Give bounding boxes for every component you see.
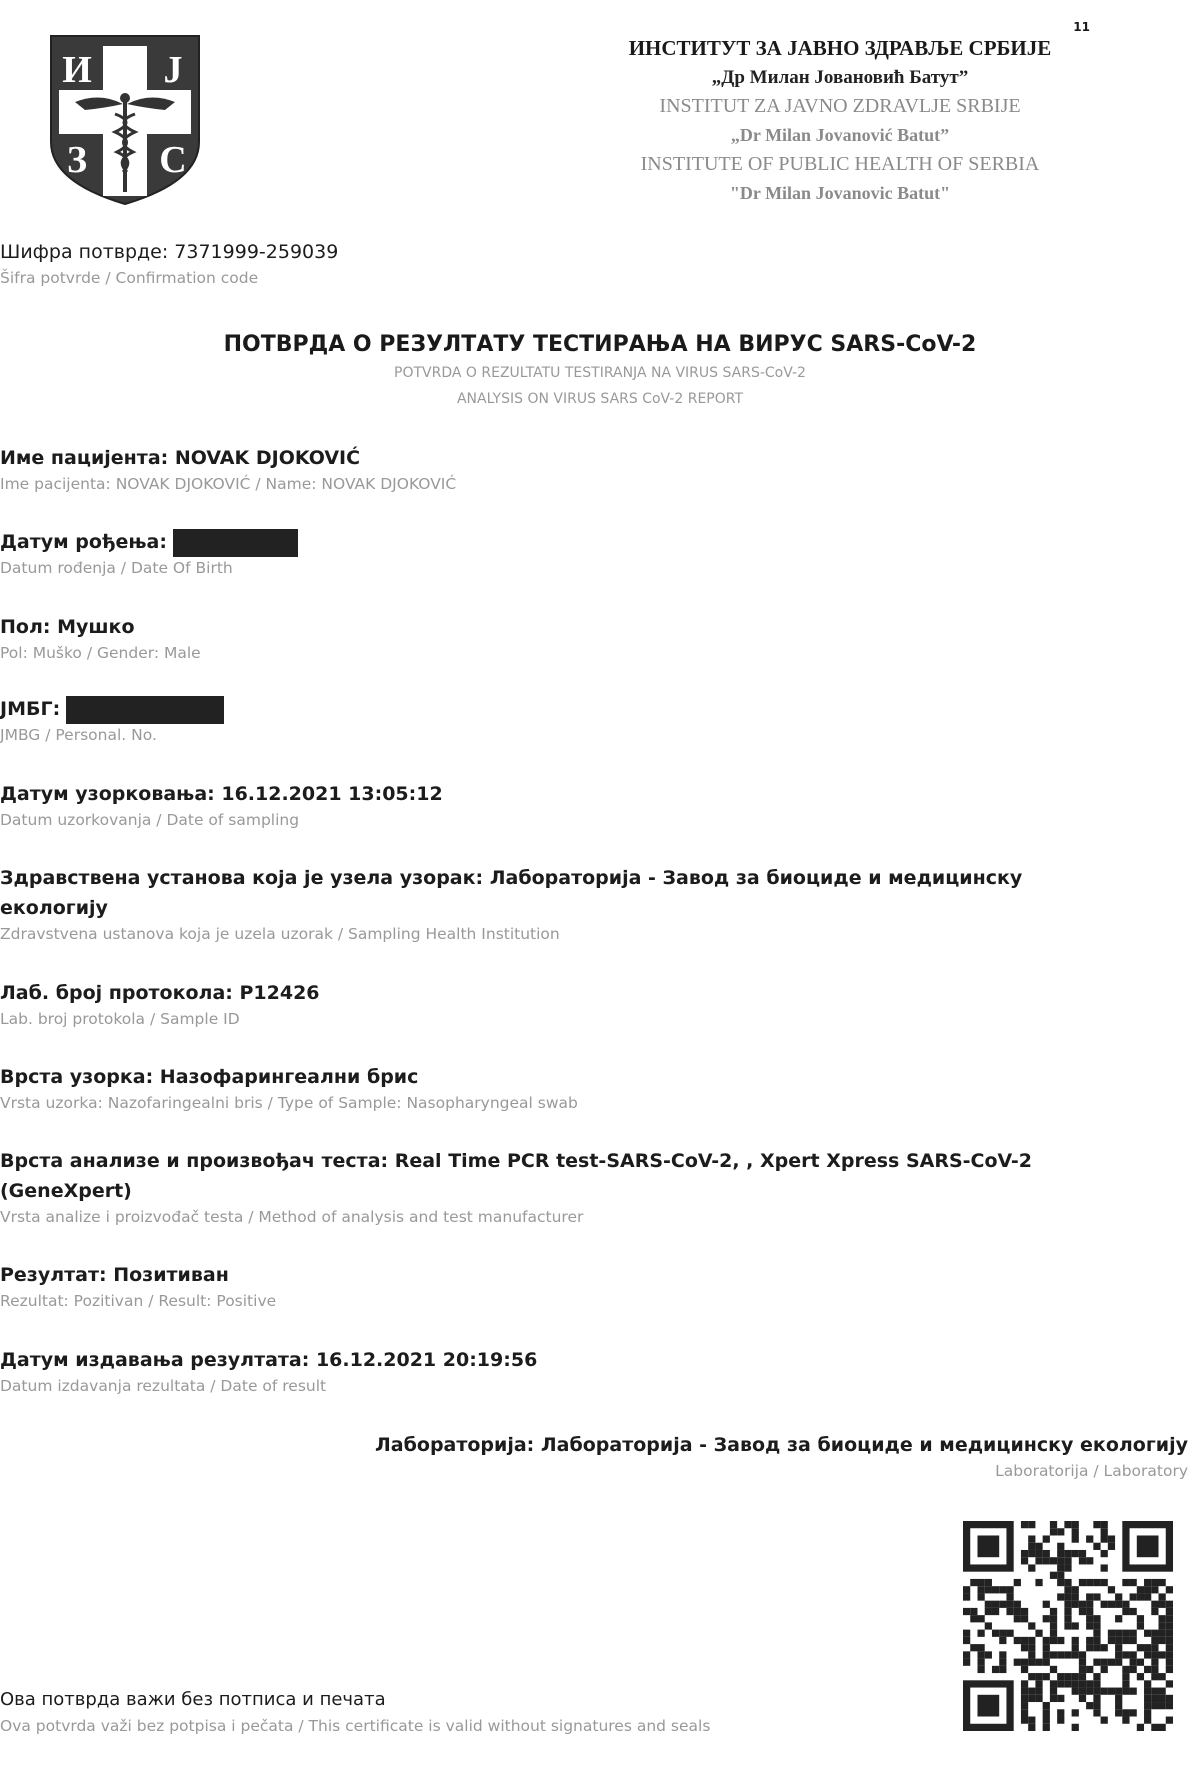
institute-subname-english: "Dr Milan Jovanovic Batut" xyxy=(560,179,1120,208)
gender-field: Пол: Мушко Pol: Muško / Gender: Male xyxy=(0,612,201,664)
confirmation-code: Шифра потврде: 7371999-259039 Šifra potv… xyxy=(0,237,338,289)
svg-text:З: З xyxy=(67,139,87,181)
institute-name-latin: INSTITUT ZA JAVNO ZDRAVLJE SRBIJE xyxy=(560,92,1120,121)
institute-logo: И Ј З С xyxy=(45,32,205,207)
redaction-box xyxy=(173,529,298,557)
title-cyrillic: ПОТВРДА О РЕЗУЛТАТУ ТЕСТИРАЊА НА ВИРУС S… xyxy=(0,330,1200,360)
institute-name-english: INSTITUTE OF PUBLIC HEALTH OF SERBIA xyxy=(560,150,1120,179)
sample-id-field: Лаб. број протокола: P12426 Lab. broj pr… xyxy=(0,978,320,1030)
sampling-institution-field: Здравствена установа која је узела узора… xyxy=(0,863,1022,945)
svg-text:С: С xyxy=(159,139,186,181)
document-title: ПОТВРДА О РЕЗУЛТАТУ ТЕСТИРАЊА НА ВИРУС S… xyxy=(0,330,1200,412)
redaction-box xyxy=(66,696,224,724)
result-date-field: Датум издавања резултата: 16.12.2021 20:… xyxy=(0,1345,537,1397)
analysis-method-field: Врста анализе и произвођач теста: Real T… xyxy=(0,1146,1032,1228)
institute-name-cyrillic: ИНСТИТУТ ЗА ЈАВНО ЗДРАВЉЕ СРБИЈЕ xyxy=(560,34,1120,63)
validity-note: Ова потврда важи без потписа и печата Ov… xyxy=(0,1685,710,1737)
sampling-date-field: Датум узорковања: 16.12.2021 13:05:12 Da… xyxy=(0,779,443,831)
patient-name-field: Име пацијента: NOVAK DJOKOVIĆ Ime pacije… xyxy=(0,443,456,495)
page-number: 11 xyxy=(1073,20,1090,34)
result-field: Резултат: Позитиван Rezultat: Pozitivan … xyxy=(0,1260,276,1312)
jmbg-field: ЈМБГ: JMBG / Personal. No. xyxy=(0,694,224,746)
institute-header: 11 ИНСТИТУТ ЗА ЈАВНО ЗДРАВЉЕ СРБИЈЕ „Др … xyxy=(560,34,1120,208)
svg-text:Ј: Ј xyxy=(164,49,183,91)
sample-type-field: Врста узорка: Назофарингеални брис Vrsta… xyxy=(0,1062,578,1114)
qr-code xyxy=(963,1521,1173,1731)
svg-text:И: И xyxy=(62,49,92,91)
date-of-birth-field: Датум рођења: Datum rođenja / Date Of Bi… xyxy=(0,527,298,579)
title-latin: POTVRDA O REZULTATU TESTIRANJA NA VIRUS … xyxy=(0,360,1200,386)
institute-subname-cyrillic: „Др Милан Јовановић Батут” xyxy=(560,63,1120,92)
laboratory-field: Лабораторија: Лабораторија - Завод за би… xyxy=(375,1430,1188,1482)
title-english: ANALYSIS ON VIRUS SARS CoV-2 REPORT xyxy=(0,386,1200,412)
institute-subname-latin: „Dr Milan Jovanović Batut” xyxy=(560,121,1120,150)
